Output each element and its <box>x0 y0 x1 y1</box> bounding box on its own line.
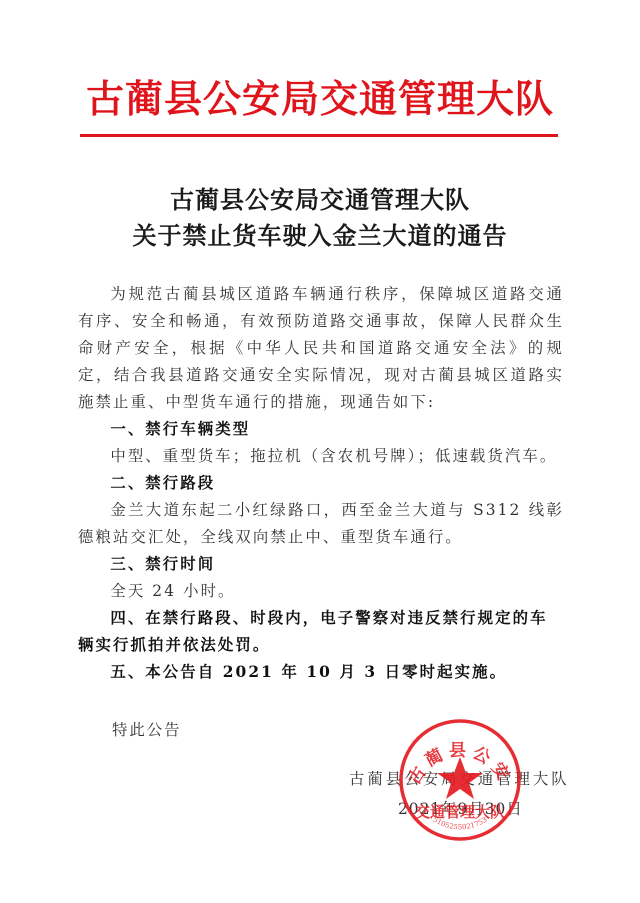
section-2-text: 金兰大道东起二小红绿路口，西至金兰大道与 S312 线彰德粮站交汇处，全线双向禁… <box>78 497 564 551</box>
letterhead-title: 古蔺县公安局交通管理大队 <box>0 74 640 124</box>
notice-body: 为规范古蔺县城区道路车辆通行秩序，保障城区道路交通有序、安全和畅通，有效预防道路… <box>78 281 564 686</box>
clause-4: 四、在禁行路段、时段内，电子警察对违反禁行规定的车辆实行抓拍并依法处罚。 <box>78 605 564 659</box>
clause-5: 五、本公告自 2021 年 10 月 3 日零时起实施。 <box>78 659 564 686</box>
section-3-text: 全天 24 小时。 <box>78 578 564 605</box>
closing-remark: 特此公告 <box>112 718 182 740</box>
section-1-heading: 一、禁行车辆类型 <box>78 416 564 443</box>
section-1-text: 中型、重型货车；拖拉机（含农机号牌）；低速载货汽车。 <box>78 443 564 470</box>
signature-org: 古蔺县公安局交通管理大队 <box>349 767 570 789</box>
letterhead-red-rule <box>80 134 558 137</box>
notice-title-line1: 古蔺县公安局交通管理大队 <box>0 183 640 217</box>
section-2-heading: 二、禁行路段 <box>78 470 564 497</box>
notice-title-line2: 关于禁止货车驶入金兰大道的通告 <box>0 219 640 253</box>
intro-paragraph: 为规范古蔺县城区道路车辆通行秩序，保障城区道路交通有序、安全和畅通，有效预防道路… <box>78 281 564 416</box>
section-3-heading: 三、禁行时间 <box>78 551 564 578</box>
signature-date: 2021年9月30日 <box>398 797 523 819</box>
